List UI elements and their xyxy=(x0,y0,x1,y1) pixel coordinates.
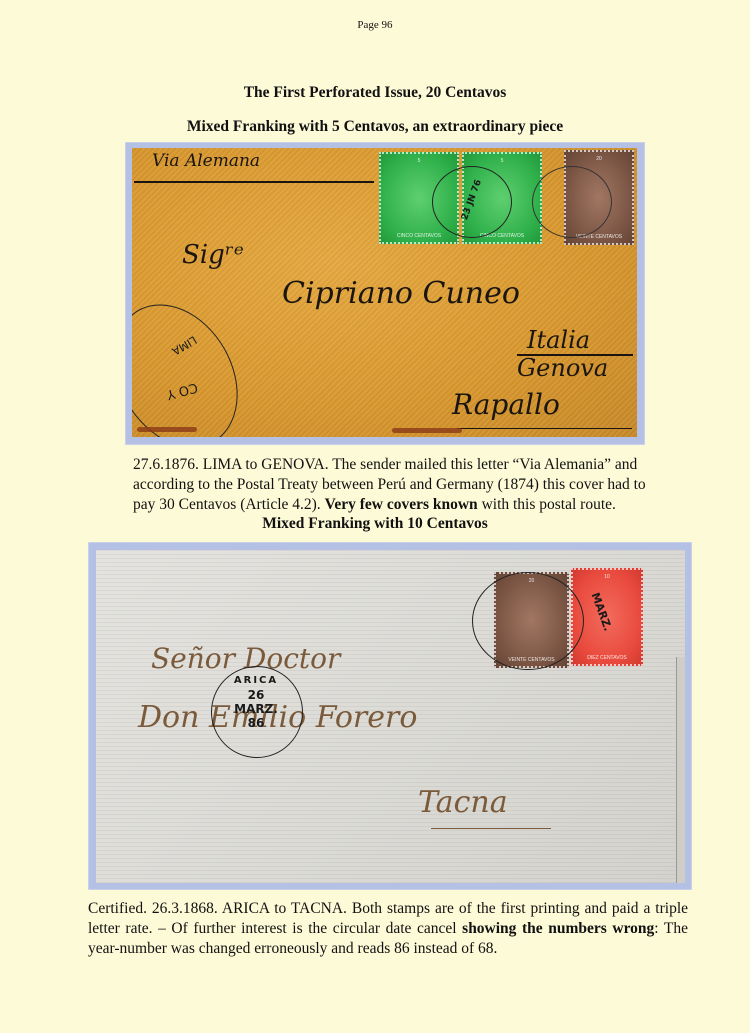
letter-fold-flap xyxy=(676,657,685,883)
addressee-title: Sigʳᵉ xyxy=(182,240,244,270)
route-note-underline xyxy=(134,181,374,183)
route-note: Via Alemana xyxy=(152,151,260,171)
caption-2-emphasis: showing the numbers wrong xyxy=(462,920,654,937)
arica-date-cancel-on-stamps xyxy=(472,572,584,670)
stain-center xyxy=(392,428,462,433)
cover-1-description: 27.6.1876. LIMA to GENOVA. The sender ma… xyxy=(133,455,653,515)
section-heading-5-centavos: Mixed Franking with 5 Centavos, an extra… xyxy=(0,118,750,136)
arica-cancel-year: 86 xyxy=(221,716,291,730)
address-city: Genova xyxy=(517,354,608,382)
arica-cancel-month: MARZ. xyxy=(221,702,291,716)
cover-mount-1: Via Alemana 5 CINCO CENTAVOS 5 CINCO CEN… xyxy=(125,142,645,445)
page-title: The First Perforated Issue, 20 Centavos xyxy=(0,84,750,102)
town-underline xyxy=(457,428,632,429)
lima-date-cancel-2 xyxy=(532,166,612,238)
arica-cancel-city: ARICA xyxy=(221,674,291,688)
addressee-name: Cipriano Cuneo xyxy=(282,276,520,311)
section-heading-10-centavos: Mixed Franking with 10 Centavos xyxy=(0,515,750,533)
stain-left xyxy=(137,427,197,432)
city-underline xyxy=(431,828,551,829)
cover-image-lima-genova: Via Alemana 5 CINCO CENTAVOS 5 CINCO CEN… xyxy=(132,148,637,437)
arica-cancel-day: 26 xyxy=(221,688,291,702)
caption-1-text-b: with this postal route. xyxy=(478,496,616,513)
address-city: Tacna xyxy=(418,785,508,820)
address-country: Italia xyxy=(527,326,590,354)
sender-cachet xyxy=(132,282,262,437)
cover-mount-2: 20 VEINTE CENTAVOS 10 DIEZ CENTAVOS MARZ… xyxy=(88,542,692,890)
cover-2-description: Certified. 26.3.1868. ARICA to TACNA. Bo… xyxy=(88,899,688,959)
cover-image-arica-tacna: 20 VEINTE CENTAVOS 10 DIEZ CENTAVOS MARZ… xyxy=(96,550,685,883)
address-town: Rapallo xyxy=(452,388,560,421)
caption-1-emphasis: Very few covers known xyxy=(325,496,478,513)
page-number: Page 96 xyxy=(0,19,750,31)
